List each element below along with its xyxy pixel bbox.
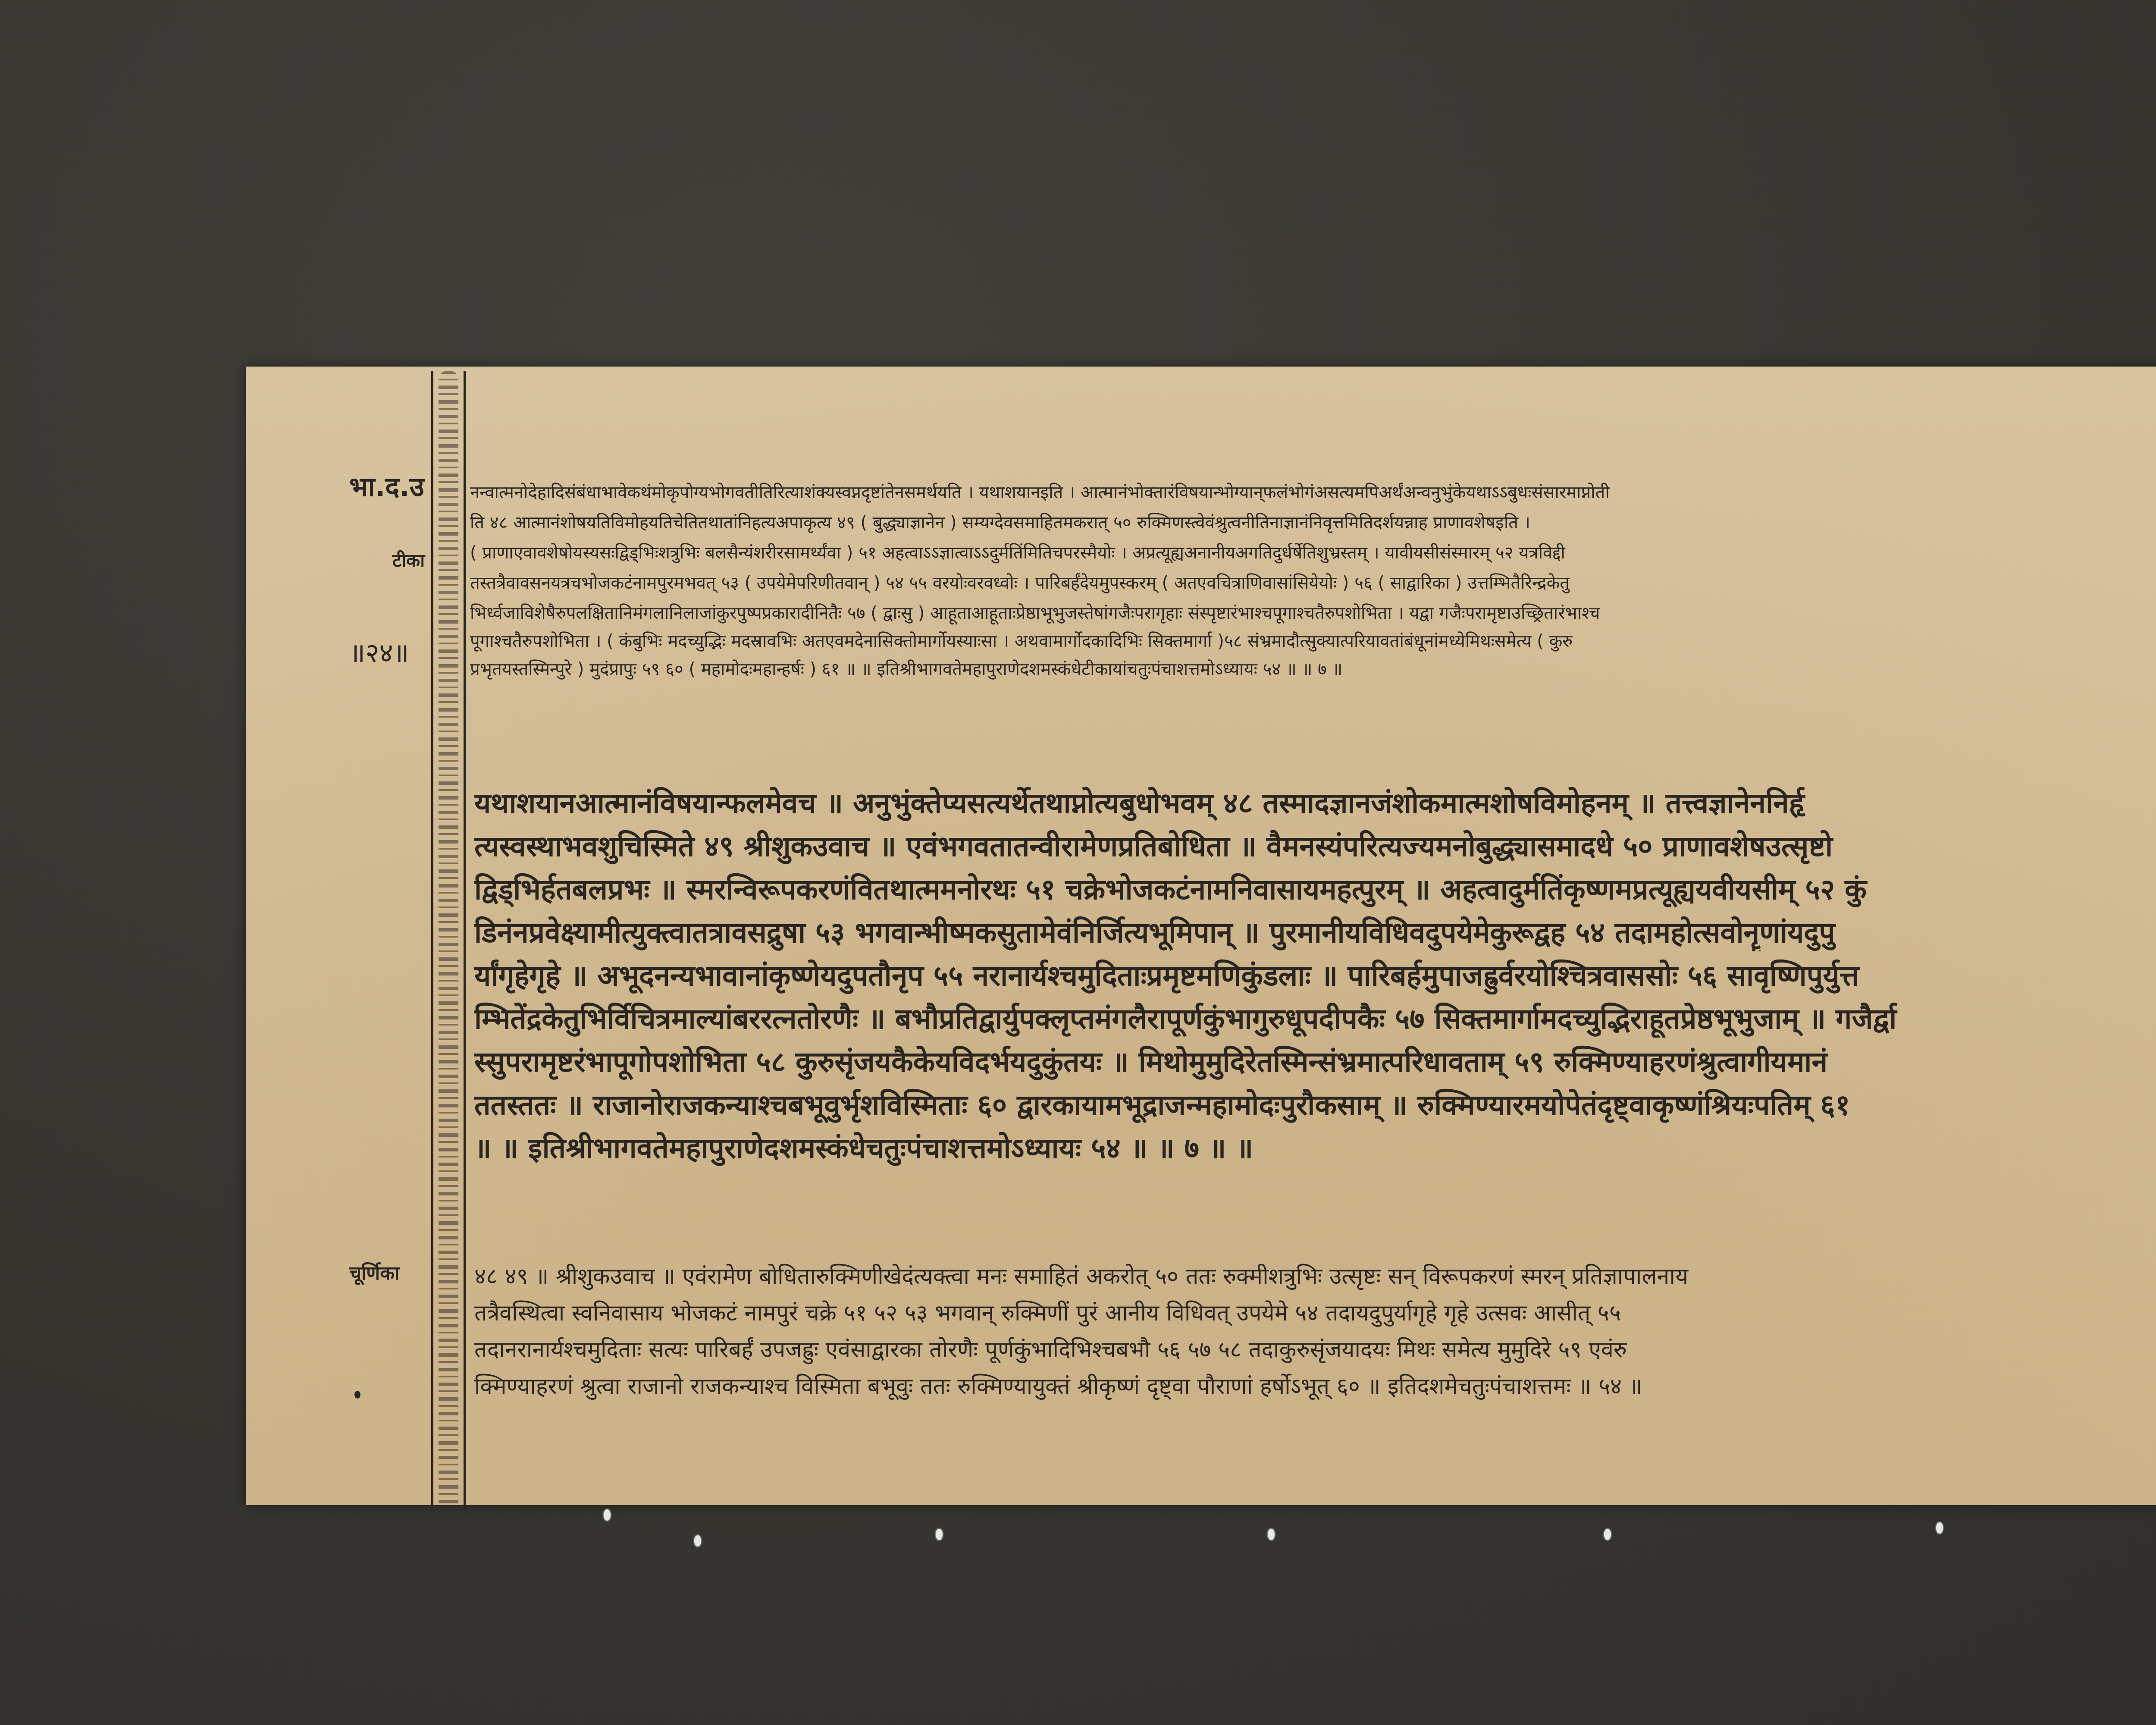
- left-ornamental-border: [431, 371, 466, 1509]
- tika-line: ( प्राणाएवावशेषोयस्यसःद्विड्भिःशत्रुभिः …: [470, 541, 2156, 565]
- tika-line: नन्वात्मनोदेहादिसंबंधाभावेकथंमोकृपोग्यभो…: [470, 481, 2156, 504]
- tika-line: तस्तत्रैवावसनयत्रचभोजकटंनामपुरमभवत् ५३ (…: [470, 571, 2156, 595]
- mounting-pin: [1936, 1522, 1943, 1534]
- churnika-line: ४८ ४९ ॥ श्रीशुकउवाच ॥ एवंरामेण बोधितारुक…: [474, 1259, 2156, 1294]
- verse-line: म्भितेंद्रकेतुभिर्विचित्रमाल्यांबररत्नतो…: [474, 1000, 2156, 1038]
- mounting-pin: [1268, 1529, 1275, 1540]
- tika-line: भिर्ध्वजाविशेषैरुपलक्षितानिमंगलानिलाजांक…: [470, 602, 2156, 625]
- mounting-pin: [694, 1535, 701, 1546]
- tika-line: पूगाश्चतैरुपशोभिता । ( कंबुभिः मदच्युद्भ…: [470, 630, 2156, 653]
- left-margin-folio: ॥२४॥: [349, 634, 409, 670]
- verse-line: त्यस्वस्थाभवशुचिस्मिते ४९ श्रीशुकउवाच ॥ …: [474, 828, 2156, 865]
- mounting-pin: [1604, 1529, 1611, 1540]
- churnika-line: तत्रैवस्थित्वा स्वनिवासाय भोजकटं नामपुरं…: [474, 1296, 2156, 1330]
- tika-line: ति ४८ आत्मानंशोषयतिविमोहयतिचेतितथातांनिह…: [470, 511, 2156, 534]
- churnika-line: क्मिण्याहरणं श्रुत्वा राजानो राजकन्याश्च…: [474, 1369, 2156, 1404]
- left-margin-header: भा.द.उ: [349, 468, 424, 504]
- verse-line: स्सुपरामृष्टरंभापूगोपशोभिता ५८ कुरुसृंजय…: [474, 1044, 2156, 1081]
- mounting-pin: [604, 1509, 611, 1521]
- left-margin-tika-label: टीका: [392, 548, 425, 572]
- chain-ornament-icon: [439, 371, 458, 1509]
- verse-line: द्विड्भिर्हतबलप्रभः ॥ स्मरन्विरूपकरणंवित…: [474, 871, 2156, 908]
- ink-dot: [354, 1391, 360, 1399]
- verse-line: यथाशयानआत्मानंविषयान्फलमेवच ॥ अनुभुंक्ते…: [474, 785, 2156, 822]
- mounting-pin: [936, 1529, 943, 1540]
- left-margin-churnika-label: चूर्णिका: [349, 1259, 399, 1285]
- verse-line: ततस्ततः ॥ राजानोराजकन्याश्चबभूवुर्भृशविस…: [474, 1087, 2156, 1124]
- verse-line: र्यांगृहेगृहे ॥ अभूदनन्यभावानांकृष्णेयदु…: [474, 957, 2156, 994]
- verse-line: ॥ ॥ इतिश्रीभागवतेमहापुराणेदशमस्कंधेचतुःप…: [474, 1130, 2156, 1167]
- verse-line: डिनंनप्रवेक्ष्यामीत्युक्त्वातत्रावसद्रुष…: [474, 914, 2156, 951]
- churnika-line: तदानरानार्यश्चमुदिताः सत्यः पारिबर्हं उप…: [474, 1333, 2156, 1367]
- tika-line: प्रभृतयस्तस्मिन्पुरे ) मुदंप्रापुः ५९ ६०…: [470, 658, 2156, 681]
